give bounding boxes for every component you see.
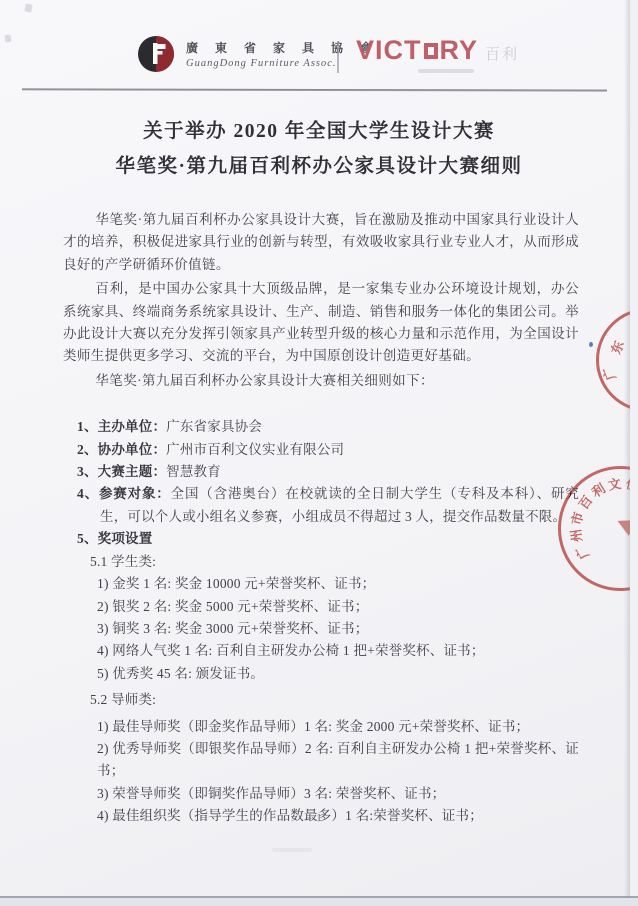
- victory-word-right: RY: [440, 37, 479, 64]
- item-number: 3、: [77, 464, 98, 479]
- assoc-name-en: GuangDong Furniture Assoc.: [186, 58, 379, 69]
- list-item-awards: 5、奖项设置: [77, 528, 579, 550]
- gdfa-logo: 廣 東 省 家 具 協 會 GuangDong Furniture Assoc.: [138, 36, 379, 72]
- item-number: 2、: [77, 442, 98, 457]
- list-item-coorganizer: 2、协办单位：广州市百利文仪实业有限公司: [77, 439, 579, 461]
- victory-suffix: 百利: [485, 43, 519, 64]
- victory-logo: VICT RY 百利: [356, 37, 519, 73]
- item-number: 5、: [77, 531, 98, 546]
- paragraph-lead-in: 华笔奖·第九届百利杯办公家具设计大赛相关细则如下：: [63, 370, 579, 392]
- letterhead-divider: [337, 41, 339, 73]
- scan-edge-right-shadow: [624, 0, 630, 906]
- item-label: 大赛主题：: [98, 464, 167, 479]
- scan-edge-bottom: [0, 898, 638, 906]
- item-value: 广州市百利文仪实业有限公司: [166, 442, 344, 457]
- competition-rules-list: 1、主办单位：广东省家具协会 2、协办单位：广州市百利文仪实业有限公司 3、大赛…: [63, 416, 579, 827]
- award-item-popularity: 4) 网络人气奖 1 名: 百利自主研发办公椅 1 把+荣誉奖杯、证书；: [97, 640, 579, 662]
- document-title: 关于举办 2020 年全国大学生设计大赛 华笔奖·第九届百利杯办公家具设计大赛细…: [0, 114, 638, 184]
- item-number: 4、: [77, 486, 99, 501]
- scan-artifact-smudge: [272, 848, 312, 852]
- scanned-page: 廣 東 省 家 具 協 會 GuangDong Furniture Assoc.…: [0, 0, 638, 906]
- scan-edge-right: [630, 0, 638, 906]
- assoc-name-cn: 廣 東 省 家 具 協 會: [186, 39, 379, 56]
- stamp-char: 州: [569, 528, 584, 543]
- letterhead: 廣 東 省 家 具 協 會 GuangDong Furniture Assoc.…: [0, 28, 638, 88]
- sublist-students-heading: 5.1 学生类:: [90, 551, 579, 573]
- doc-title-line2: 华笔奖·第九届百利杯办公家具设计大赛细则: [0, 149, 638, 184]
- page-number: 1: [0, 812, 638, 824]
- item-value: 广东省家具协会: [166, 419, 262, 434]
- ink-dot: [589, 342, 593, 347]
- victory-square-o-icon: [424, 43, 438, 59]
- paragraph-intro: 华笔奖·第九届百利杯办公家具设计大赛，旨在激励及推动中国家具行业设计人才的培养，…: [63, 209, 579, 276]
- award-item-excellence: 5) 优秀奖 45 名: 颁发证书。: [97, 663, 579, 685]
- item-label: 奖项设置: [98, 531, 153, 546]
- sublist-mentors-heading: 5.2 导师类:: [90, 689, 579, 711]
- stamp-char: 利: [590, 482, 608, 500]
- scan-artifact-mark: [24, 3, 33, 12]
- list-item-theme: 3、大赛主题：智慧教育: [77, 461, 579, 483]
- item-label: 协办单位：: [98, 442, 167, 457]
- stamp-char: 百: [576, 493, 594, 511]
- stamp-char: 市: [570, 511, 586, 527]
- item-value: 全国（含港奥台）在校就读的全日制大学生（专科及本科）、研究生，可以个人或小组名义…: [100, 486, 579, 523]
- item-label: 参赛对象：: [99, 486, 171, 501]
- award-item-silver: 2) 银奖 2 名: 奖金 5000 元+荣誉奖杯、证书；: [97, 596, 579, 618]
- stamp-char: 广: [601, 365, 618, 382]
- victory-tagline: [418, 69, 474, 73]
- document-body: 华笔奖·第九届百利杯办公家具设计大赛，旨在激励及推动中国家具行业设计人才的培养，…: [63, 209, 579, 828]
- item-value: 智慧教育: [166, 464, 221, 479]
- award-item-excellent-mentor: 2) 优秀导师奖（即银奖作品导师）2 名: 百利自主研发办公椅 1 把+荣誉奖杯…: [97, 738, 579, 783]
- list-item-eligibility: 4、参赛对象：全国（含港奥台）在校就读的全日制大学生（专科及本科）、研究生，可以…: [77, 483, 579, 528]
- stamp-char: 文: [607, 477, 622, 492]
- award-item-bronze: 3) 铜奖 3 名: 奖金 3000 元+荣誉奖杯、证书；: [97, 618, 579, 640]
- award-item-gold: 1) 金奖 1 名: 奖金 10000 元+荣誉奖杯、证书；: [97, 573, 579, 595]
- item-label: 主办单位：: [98, 419, 167, 434]
- award-item-best-mentor: 1) 最佳导师奖（即金奖作品导师）1 名: 奖金 2000 元+荣誉奖杯、证书；: [97, 716, 579, 738]
- paragraph-brand: 百利，是中国办公家具十大顶级品牌，是一家集专业办公环境设计规划，办公系统家具、终…: [63, 278, 579, 368]
- stamp-char: 广: [574, 544, 592, 562]
- list-item-organizer: 1、主办单位：广东省家具协会: [77, 416, 579, 438]
- item-number: 1、: [77, 419, 98, 434]
- gdfa-logo-icon: [138, 36, 174, 72]
- victory-word-left: VICT: [356, 37, 422, 64]
- doc-title-line1: 关于举办 2020 年全国大学生设计大赛: [0, 114, 638, 149]
- award-item-honor-mentor: 3) 荣誉导师奖（即铜奖作品导师）3 名: 荣誉奖杯、证书；: [97, 783, 579, 805]
- victory-wordmark: VICT RY 百利: [356, 37, 519, 64]
- header-rule: [22, 88, 607, 91]
